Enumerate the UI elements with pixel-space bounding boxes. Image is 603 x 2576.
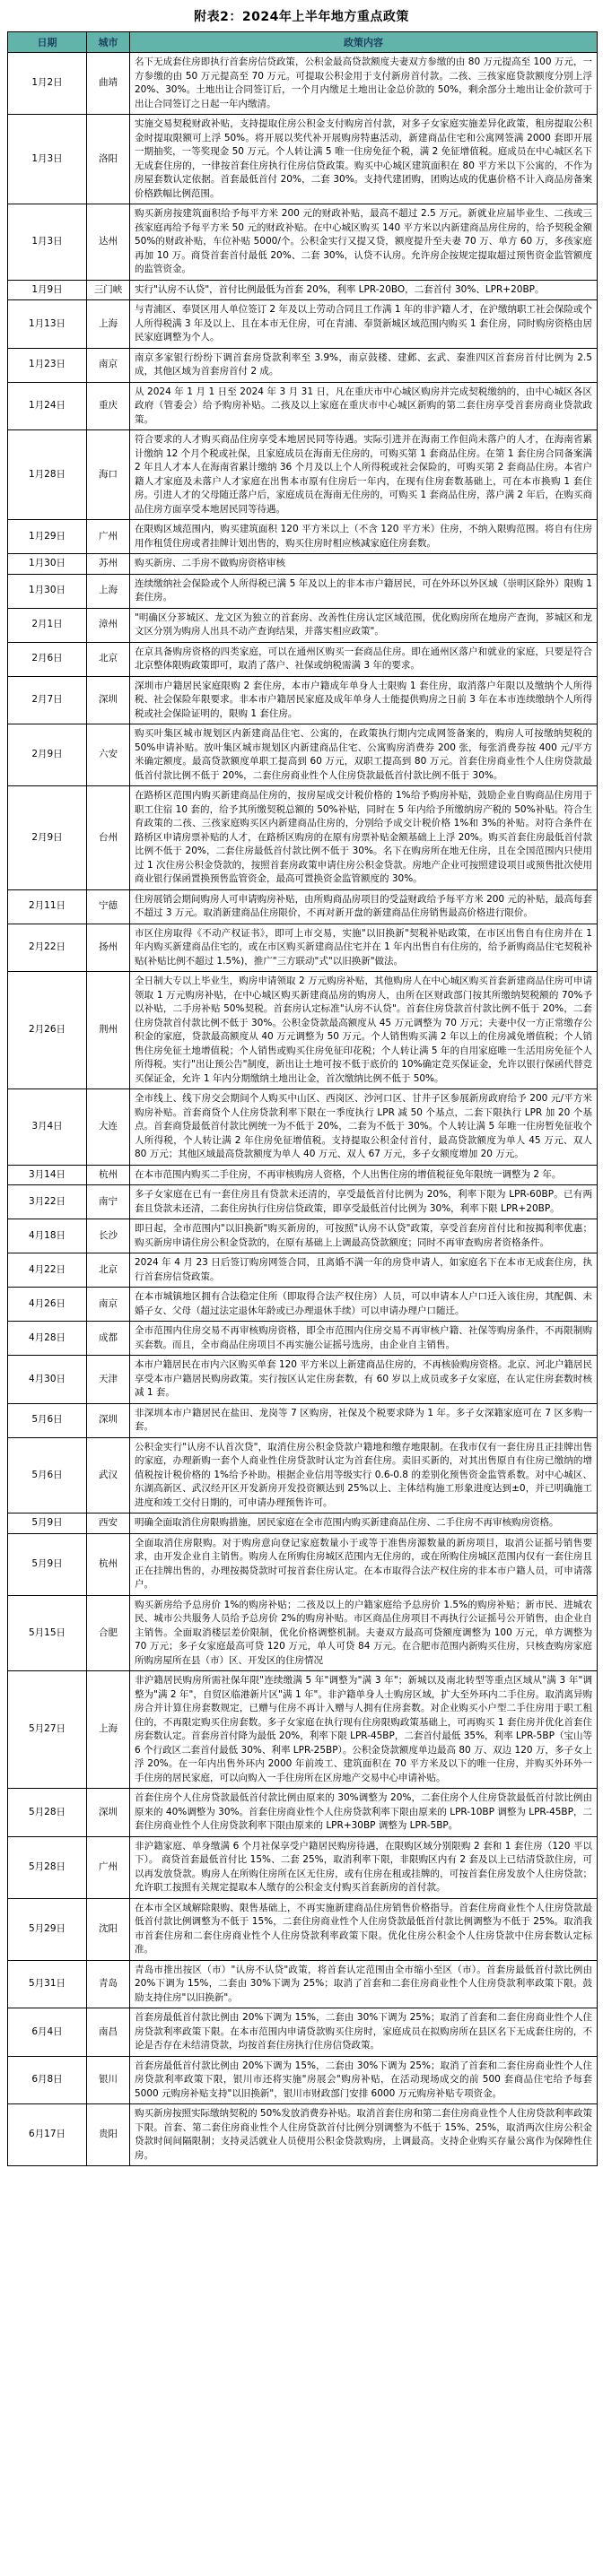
city-cell: 洛阳: [87, 115, 130, 204]
city-cell: 海口: [87, 430, 130, 520]
policy-cell: 在京具备购房资格的四类家庭，可以在通州区购买一套商品住房。即在通州区落户和就业的…: [130, 642, 598, 676]
date-cell: 5月31日: [8, 1960, 87, 2008]
city-cell: 深圳: [87, 1789, 130, 1837]
date-cell: 3月22日: [8, 1185, 87, 1219]
date-cell: 5月15日: [8, 1595, 87, 1671]
policy-cell: 在本市全区域解除限购、限售基础上，不再实施新建商品住房销售价格指导。首套住房商业…: [130, 1898, 598, 1960]
city-cell: 天津: [87, 1356, 130, 1404]
city-cell: 大连: [87, 1089, 130, 1166]
date-cell: 1月9日: [8, 280, 87, 300]
date-cell: 4月28日: [8, 1322, 87, 1356]
policy-cell: 购买新房、二手房不做购房资格审核: [130, 554, 598, 575]
table-row: 5月6日深圳非深圳本市户籍居民在盐田、龙岗等 7 区购房，社保及个税要求降为 1…: [8, 1403, 598, 1437]
table-row: 1月30日上海连续缴纳社会保险或个人所得税已满 5 年及以上的非本市户籍居民，可…: [8, 574, 598, 608]
city-cell: 广州: [87, 1836, 130, 1898]
table-row: 1月3日达州购买新房按建筑面积给予每平方米 200 元的财政补贴，最高不超过 2…: [8, 204, 598, 281]
table-row: 5月9日西安明确全面取消住房限购措施，居民家庭在全市范围内购买新建商品住房、二手…: [8, 1514, 598, 1534]
table-row: 2月22日扬州市区住房取得《不动产权证书》，即可上市交易，实施"以旧换新"契税补…: [8, 924, 598, 972]
city-cell: 长沙: [87, 1219, 130, 1253]
policy-cell: 符合要求的人才购买商品住房享受本地居民同等待遇。实际引进并在海南工作但尚未落户的…: [130, 430, 598, 520]
city-cell: 漳州: [87, 608, 130, 642]
city-cell: 宁德: [87, 889, 130, 924]
date-cell: 2月9日: [8, 724, 87, 786]
date-cell: 5月9日: [8, 1533, 87, 1595]
table-row: 5月15日合肥购买新房给予总房价 1%的购房补贴；二孩及以上的户籍家庭给予总房价…: [8, 1595, 598, 1671]
policy-cell: 实施交易契税财政补贴，支持提取住房公积金支付购房首付款，对多子女家庭实施差异化政…: [130, 115, 598, 204]
city-cell: 北京: [87, 1253, 130, 1288]
date-cell: 2月7日: [8, 676, 87, 724]
header-date: 日期: [8, 32, 87, 53]
city-cell: 广州: [87, 520, 130, 554]
city-cell: 南宁: [87, 1185, 130, 1219]
city-cell: 合肥: [87, 1595, 130, 1671]
date-cell: 2月1日: [8, 608, 87, 642]
page-title: 附表2：2024年上半年地方重点政策: [0, 7, 603, 25]
policy-cell: 明确全面取消住房限购措施，居民家庭在全市范围内购买新建商品住房、二手住房不再审核…: [130, 1514, 598, 1534]
date-cell: 5月28日: [8, 1836, 87, 1898]
city-cell: 上海: [87, 574, 130, 608]
table-row: 3月22日南宁多子女家庭在已有一套住房且有贷款未还清的，享受最低首付比例为 20…: [8, 1185, 598, 1219]
policy-cell: 与青浦区、奉贤区用人单位签订 2 年及以上劳动合同且工作满 1 年的非沪籍人才，…: [130, 300, 598, 349]
city-cell: 银川: [87, 2056, 130, 2104]
policy-cell: 市区住房取得《不动产权证书》，即可上市交易，实施"以旧换新"契税补贴政策，在市区…: [130, 924, 598, 972]
policy-cell: 全市范围内住房交易不再审核购房资格，即全市范围内住房交易不再审核户籍、社保等购房…: [130, 1322, 598, 1356]
policy-cell: 购买新房给予总房价 1%的购房补贴；二孩及以上的户籍家庭给予总房价 1.5%的购…: [130, 1595, 598, 1671]
date-cell: 4月26日: [8, 1288, 87, 1322]
policy-cell: 在限购区域范围内，购买建筑面积 120 平方米以上（不含 120 平方米）住房，…: [130, 520, 598, 554]
table-row: 5月27日上海非沪籍居民购房所需社保年限"连续缴满 5 年"调整为"满 3 年"…: [8, 1671, 598, 1789]
date-cell: 1月30日: [8, 554, 87, 575]
city-cell: 北京: [87, 642, 130, 676]
date-cell: 5月27日: [8, 1671, 87, 1789]
city-cell: 贵阳: [87, 2104, 130, 2166]
policy-cell: 首套住房个人住房贷款最低首付款比例由原来的 30%调整为 20%，二套住房个人住…: [130, 1789, 598, 1837]
policy-cell: 购买新房按照实际缴纳契税的 50%发放消费券补贴。取消首套住房和第二套住房商业性…: [130, 2104, 598, 2166]
table-row: 2月9日六安购买叶集区城市规划区内新建商品住宅、公寓的，在政策执行期内完成网签备…: [8, 724, 598, 786]
city-cell: 南京: [87, 1288, 130, 1322]
date-cell: 3月14日: [8, 1165, 87, 1185]
policy-cell: 住房展销会期间购房人可申请购房补贴，由所购商品房项目的受益财政给予每平方米 20…: [130, 889, 598, 924]
policy-cell: 深圳市户籍居民家庭限购 2 套住房，本市户籍成年单身人士限购 1 套住房，取消落…: [130, 676, 598, 724]
city-cell: 上海: [87, 300, 130, 349]
policy-cell: 名下无成套住房即执行首套房信贷政策，公积金最高贷款额度夫妻双方参缴的由 80 万…: [130, 53, 598, 115]
table-row: 3月14日杭州在本市范围内购买二手住房，不再审核购房人资格，个人出售住房的增值税…: [8, 1165, 598, 1185]
document-page: 附表2：2024年上半年地方重点政策 日期 城市 政策内容 1月2日曲靖名下无成…: [0, 0, 603, 2166]
city-cell: 扬州: [87, 924, 130, 972]
policy-cell: 购买新房按建筑面积给予每平方米 200 元的财政补贴，最高不超过 2.5 万元。…: [130, 204, 598, 281]
policy-cell: 在本市范围内购买二手住房，不再审核购房人资格，个人出售住房的增值税征免年限统一调…: [130, 1165, 598, 1185]
date-cell: 1月28日: [8, 430, 87, 520]
city-cell: 重庆: [87, 382, 130, 430]
table-row: 6月4日南昌首套房最低首付款比例由 20%下调为 15%，二套由 30%下调为 …: [8, 2008, 598, 2057]
city-cell: 曲靖: [87, 53, 130, 115]
table-row: 1月23日南京南京多家银行纷纷下调首套房贷款利率至 3.9%，南京鼓楼、建邺、玄…: [8, 348, 598, 382]
city-cell: 上海: [87, 1671, 130, 1789]
policy-cell: 本市户籍居民在市内六区购买单套 120 平方米以上新建商品住房的，不再核验购房资…: [130, 1356, 598, 1404]
table-row: 1月3日洛阳实施交易契税财政补贴，支持提取住房公积金支付购房首付款，对多子女家庭…: [8, 115, 598, 204]
table-row: 5月28日广州非沪籍家庭、单身缴满 6 个月社保享受户籍居民购房待遇，在限购区域…: [8, 1836, 598, 1898]
table-row: 6月17日贵阳购买新房按照实际缴纳契税的 50%发放消费券补贴。取消首套住房和第…: [8, 2104, 598, 2166]
table-row: 2月11日宁德住房展销会期间购房人可申请购房补贴，由所购商品房项目的受益财政给予…: [8, 889, 598, 924]
city-cell: 深圳: [87, 1403, 130, 1437]
policy-cell: 连续缴纳社会保险或个人所得税已满 5 年及以上的非本市户籍居民，可在外环以外区域…: [130, 574, 598, 608]
table-row: 5月9日杭州全面取消住房限购。对于购房意向登记家庭数量小于或等于准售房源数量的新…: [8, 1533, 598, 1595]
table-row: 4月30日天津本市户籍居民在市内六区购买单套 120 平方米以上新建商品住房的，…: [8, 1356, 598, 1404]
date-cell: 2月26日: [8, 972, 87, 1089]
date-cell: 6月17日: [8, 2104, 87, 2166]
city-cell: 杭州: [87, 1165, 130, 1185]
city-cell: 荆州: [87, 972, 130, 1089]
date-cell: 1月13日: [8, 300, 87, 349]
date-cell: 2月11日: [8, 889, 87, 924]
date-cell: 1月30日: [8, 574, 87, 608]
date-cell: 1月24日: [8, 382, 87, 430]
table-row: 5月29日沈阳在本市全区域解除限购、限售基础上，不再实施新建商品住房销售价格指导…: [8, 1898, 598, 1960]
header-policy: 政策内容: [130, 32, 598, 53]
table-row: 1月2日曲靖名下无成套住房即执行首套房信贷政策，公积金最高贷款额度夫妻双方参缴的…: [8, 53, 598, 115]
city-cell: 武汉: [87, 1437, 130, 1514]
policy-cell: 全面取消住房限购。对于购房意向登记家庭数量小于或等于准售房源数量的新房项目，取消…: [130, 1533, 598, 1595]
date-cell: 1月29日: [8, 520, 87, 554]
table-row: 1月29日广州在限购区域范围内，购买建筑面积 120 平方米以上（不含 120 …: [8, 520, 598, 554]
date-cell: 2月9日: [8, 786, 87, 890]
policy-cell: 即日起，全市范围内"以旧换新"购买新房的，可按照"认房不认贷"政策，享受首套房首…: [130, 1219, 598, 1253]
policy-cell: "明确区分芗城区、龙文区为独立的首套房、改善性住房认定区域范围，优化购房所在地房…: [130, 608, 598, 642]
date-cell: 4月30日: [8, 1356, 87, 1404]
date-cell: 5月6日: [8, 1437, 87, 1514]
city-cell: 台州: [87, 786, 130, 890]
city-cell: 南京: [87, 348, 130, 382]
policy-cell: 2024 年 4 月 23 日后签订购房网签合同，且离婚不满一年的房贷申请人，如…: [130, 1253, 598, 1288]
policy-cell: 非沪籍居民购房所需社保年限"连续缴满 5 年"调整为"满 3 年"；新城以及南北…: [130, 1671, 598, 1789]
date-cell: 5月9日: [8, 1514, 87, 1534]
city-cell: 西安: [87, 1514, 130, 1534]
table-row: 1月13日上海与青浦区、奉贤区用人单位签订 2 年及以上劳动合同且工作满 1 年…: [8, 300, 598, 349]
policy-cell: 首套房最低首付款比例由 20%下调为 15%，二套由 30%下调为 25%；取消…: [130, 2008, 598, 2057]
policy-cell: 公积金实行"认房不认首次贷"，取消住房公积金贷款户籍地和缴存地限制。在我市仅有一…: [130, 1437, 598, 1514]
date-cell: 4月18日: [8, 1219, 87, 1253]
table-header: 日期 城市 政策内容: [8, 32, 598, 53]
date-cell: 5月29日: [8, 1898, 87, 1960]
date-cell: 1月3日: [8, 204, 87, 281]
date-cell: 2月6日: [8, 642, 87, 676]
policy-cell: 购买叶集区城市规划区内新建商品住宅、公寓的，在政策执行期内完成网签备案的，购房人…: [130, 724, 598, 786]
policy-cell: 多子女家庭在已有一套住房且有贷款未还清的，享受最低首付比例为 20%，利率下限为…: [130, 1185, 598, 1219]
table-body: 1月2日曲靖名下无成套住房即执行首套房信贷政策，公积金最高贷款额度夫妻双方参缴的…: [8, 53, 598, 2166]
table-row: 1月28日海口符合要求的人才购买商品住房享受本地居民同等待遇。实际引进并在海南工…: [8, 430, 598, 520]
city-cell: 沈阳: [87, 1898, 130, 1960]
policy-cell: 非深圳本市户籍居民在盐田、龙岗等 7 区购房，社保及个税要求降为 1 年。多子女…: [130, 1403, 598, 1437]
date-cell: 1月2日: [8, 53, 87, 115]
policy-cell: 非沪籍家庭、单身缴满 6 个月社保享受户籍居民购房待遇，在限购区域分别限购 2 …: [130, 1836, 598, 1898]
date-cell: 4月22日: [8, 1253, 87, 1288]
city-cell: 深圳: [87, 676, 130, 724]
policy-cell: 在本市城镇地区拥有合法稳定住所（即取得合法产权住房）人员，可以申请本人户口迁入该…: [130, 1288, 598, 1322]
table-row: 5月6日武汉公积金实行"认房不认首次贷"，取消住房公积金贷款户籍地和缴存地限制。…: [8, 1437, 598, 1514]
table-row: 5月28日深圳首套住房个人住房贷款最低首付款比例由原来的 30%调整为 20%，…: [8, 1789, 598, 1837]
city-cell: 青岛: [87, 1960, 130, 2008]
city-cell: 苏州: [87, 554, 130, 575]
policy-cell: 从 2024 年 1 月 1 日至 2024 年 3 月 31 日，凡在重庆市中…: [130, 382, 598, 430]
policy-cell: 全市线上、线下房交会期间个人购买中山区、西岗区、沙河口区、甘井子区参展新房政府给…: [130, 1089, 598, 1166]
table-row: 4月28日成都全市范围内住房交易不再审核购房资格，即全市范围内住房交易不再审核户…: [8, 1322, 598, 1356]
table-row: 1月9日三门峡实行"认房不认贷"，首付比例最低为首套 20%，利率 LPR-20…: [8, 280, 598, 300]
policy-table: 日期 城市 政策内容 1月2日曲靖名下无成套住房即执行首套房信贷政策，公积金最高…: [7, 31, 598, 2166]
table-row: 3月4日大连全市线上、线下房交会期间个人购买中山区、西岗区、沙河口区、甘井子区参…: [8, 1089, 598, 1166]
policy-cell: 实行"认房不认贷"，首付比例最低为首套 20%，利率 LPR-20BO，二套首付…: [130, 280, 598, 300]
city-cell: 杭州: [87, 1533, 130, 1595]
table-row: 2月26日荆州全日制大专以上毕业生，购房申请领取 2 万元购房补贴，其他购房人在…: [8, 972, 598, 1089]
table-row: 5月31日青岛青岛市推出按区（市）"认房不认贷"政策，将首套认定范围由全市缩小至…: [8, 1960, 598, 2008]
city-cell: 三门峡: [87, 280, 130, 300]
policy-cell: 首套房最低首付款比例由 20%下调为 15%，二套由 30%下调为 25%；取消…: [130, 2056, 598, 2104]
date-cell: 1月3日: [8, 115, 87, 204]
city-cell: 六安: [87, 724, 130, 786]
date-cell: 3月4日: [8, 1089, 87, 1166]
table-row: 2月1日漳州"明确区分芗城区、龙文区为独立的首套房、改善性住房认定区域范围，优化…: [8, 608, 598, 642]
date-cell: 6月8日: [8, 2056, 87, 2104]
header-city: 城市: [87, 32, 130, 53]
city-cell: 达州: [87, 204, 130, 281]
table-row: 1月30日苏州购买新房、二手房不做购房资格审核: [8, 554, 598, 575]
table-row: 4月22日北京2024 年 4 月 23 日后签订购房网签合同，且离婚不满一年的…: [8, 1253, 598, 1288]
policy-cell: 全日制大专以上毕业生，购房申请领取 2 万元购房补贴，其他购房人在中心城区购买首…: [130, 972, 598, 1089]
table-row: 1月24日重庆从 2024 年 1 月 1 日至 2024 年 3 月 31 日…: [8, 382, 598, 430]
table-row: 2月9日台州在路桥区范围内购买新建商品住房的，按房屋成交计税价格的 1%给予购房…: [8, 786, 598, 890]
date-cell: 5月6日: [8, 1403, 87, 1437]
date-cell: 6月4日: [8, 2008, 87, 2057]
table-row: 6月8日银川首套房最低首付款比例由 20%下调为 15%，二套由 30%下调为 …: [8, 2056, 598, 2104]
table-row: 4月18日长沙即日起，全市范围内"以旧换新"购买新房的，可按照"认房不认贷"政策…: [8, 1219, 598, 1253]
city-cell: 南昌: [87, 2008, 130, 2057]
date-cell: 1月23日: [8, 348, 87, 382]
policy-cell: 南京多家银行纷纷下调首套房贷款利率至 3.9%，南京鼓楼、建邺、玄武、秦淮四区首…: [130, 348, 598, 382]
policy-cell: 青岛市推出按区（市）"认房不认贷"政策，将首套认定范围由全市缩小至区（市）。首套…: [130, 1960, 598, 2008]
date-cell: 2月22日: [8, 924, 87, 972]
table-row: 2月7日深圳深圳市户籍居民家庭限购 2 套住房，本市户籍成年单身人士限购 1 套…: [8, 676, 598, 724]
city-cell: 成都: [87, 1322, 130, 1356]
date-cell: 5月28日: [8, 1789, 87, 1837]
policy-cell: 在路桥区范围内购买新建商品住房的，按房屋成交计税价格的 1%给予购房补贴，鼓励企…: [130, 786, 598, 890]
table-row: 4月26日南京在本市城镇地区拥有合法稳定住所（即取得合法产权住房）人员，可以申请…: [8, 1288, 598, 1322]
table-row: 2月6日北京在京具备购房资格的四类家庭，可以在通州区购买一套商品住房。即在通州区…: [8, 642, 598, 676]
